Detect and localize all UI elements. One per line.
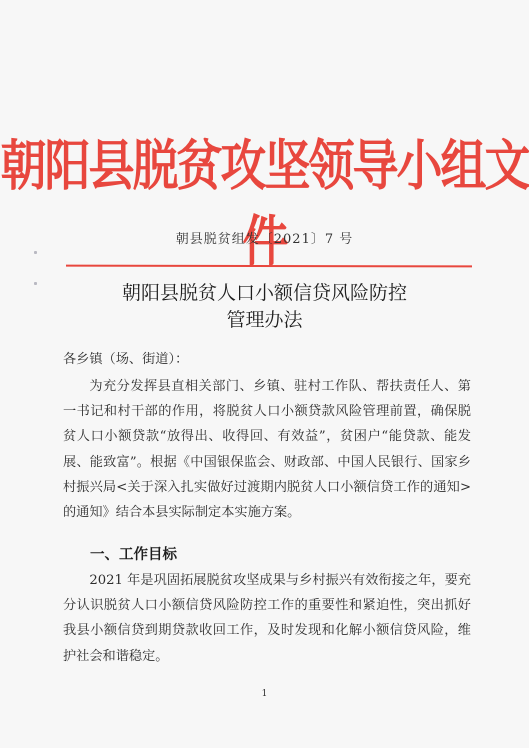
salutation: 各乡镇（场、街道）： — [63, 347, 471, 372]
paragraph: 2021 年是巩固拓展脱贫攻坚成果与乡村振兴有效衔接之年，要充分认识脱贫人口小额… — [63, 568, 471, 669]
document-number: 朝县脱贫组发〔2021〕7 号 — [0, 228, 529, 247]
page-number: 1 — [0, 689, 529, 699]
scan-speck — [34, 251, 37, 254]
scan-speck — [34, 282, 37, 285]
title-line-2: 管理办法 — [0, 307, 529, 334]
section-paragraph: 2021 年是巩固拓展脱贫攻坚成果与乡村振兴有效衔接之年，要充分认识脱贫人口小额… — [63, 568, 471, 669]
title-line-1: 朝阳县脱贫人口小额信贷风险防控 — [0, 280, 529, 307]
document-page: 朝阳县脱贫攻坚领导小组文件 朝县脱贫组发〔2021〕7 号 朝阳县脱贫人口小额信… — [0, 0, 529, 748]
intro-paragraph: 为充分发挥县直相关部门、乡镇、驻村工作队、帮扶责任人、第一书记和村干部的作用，将… — [63, 374, 471, 525]
section-heading: 一、工作目标 — [90, 543, 177, 564]
issuer-red-header: 朝阳县脱贫攻坚领导小组文件 — [0, 128, 529, 279]
paragraph: 为充分发挥县直相关部门、乡镇、驻村工作队、帮扶责任人、第一书记和村干部的作用，将… — [63, 374, 471, 525]
document-title: 朝阳县脱贫人口小额信贷风险防控 管理办法 — [0, 280, 529, 334]
